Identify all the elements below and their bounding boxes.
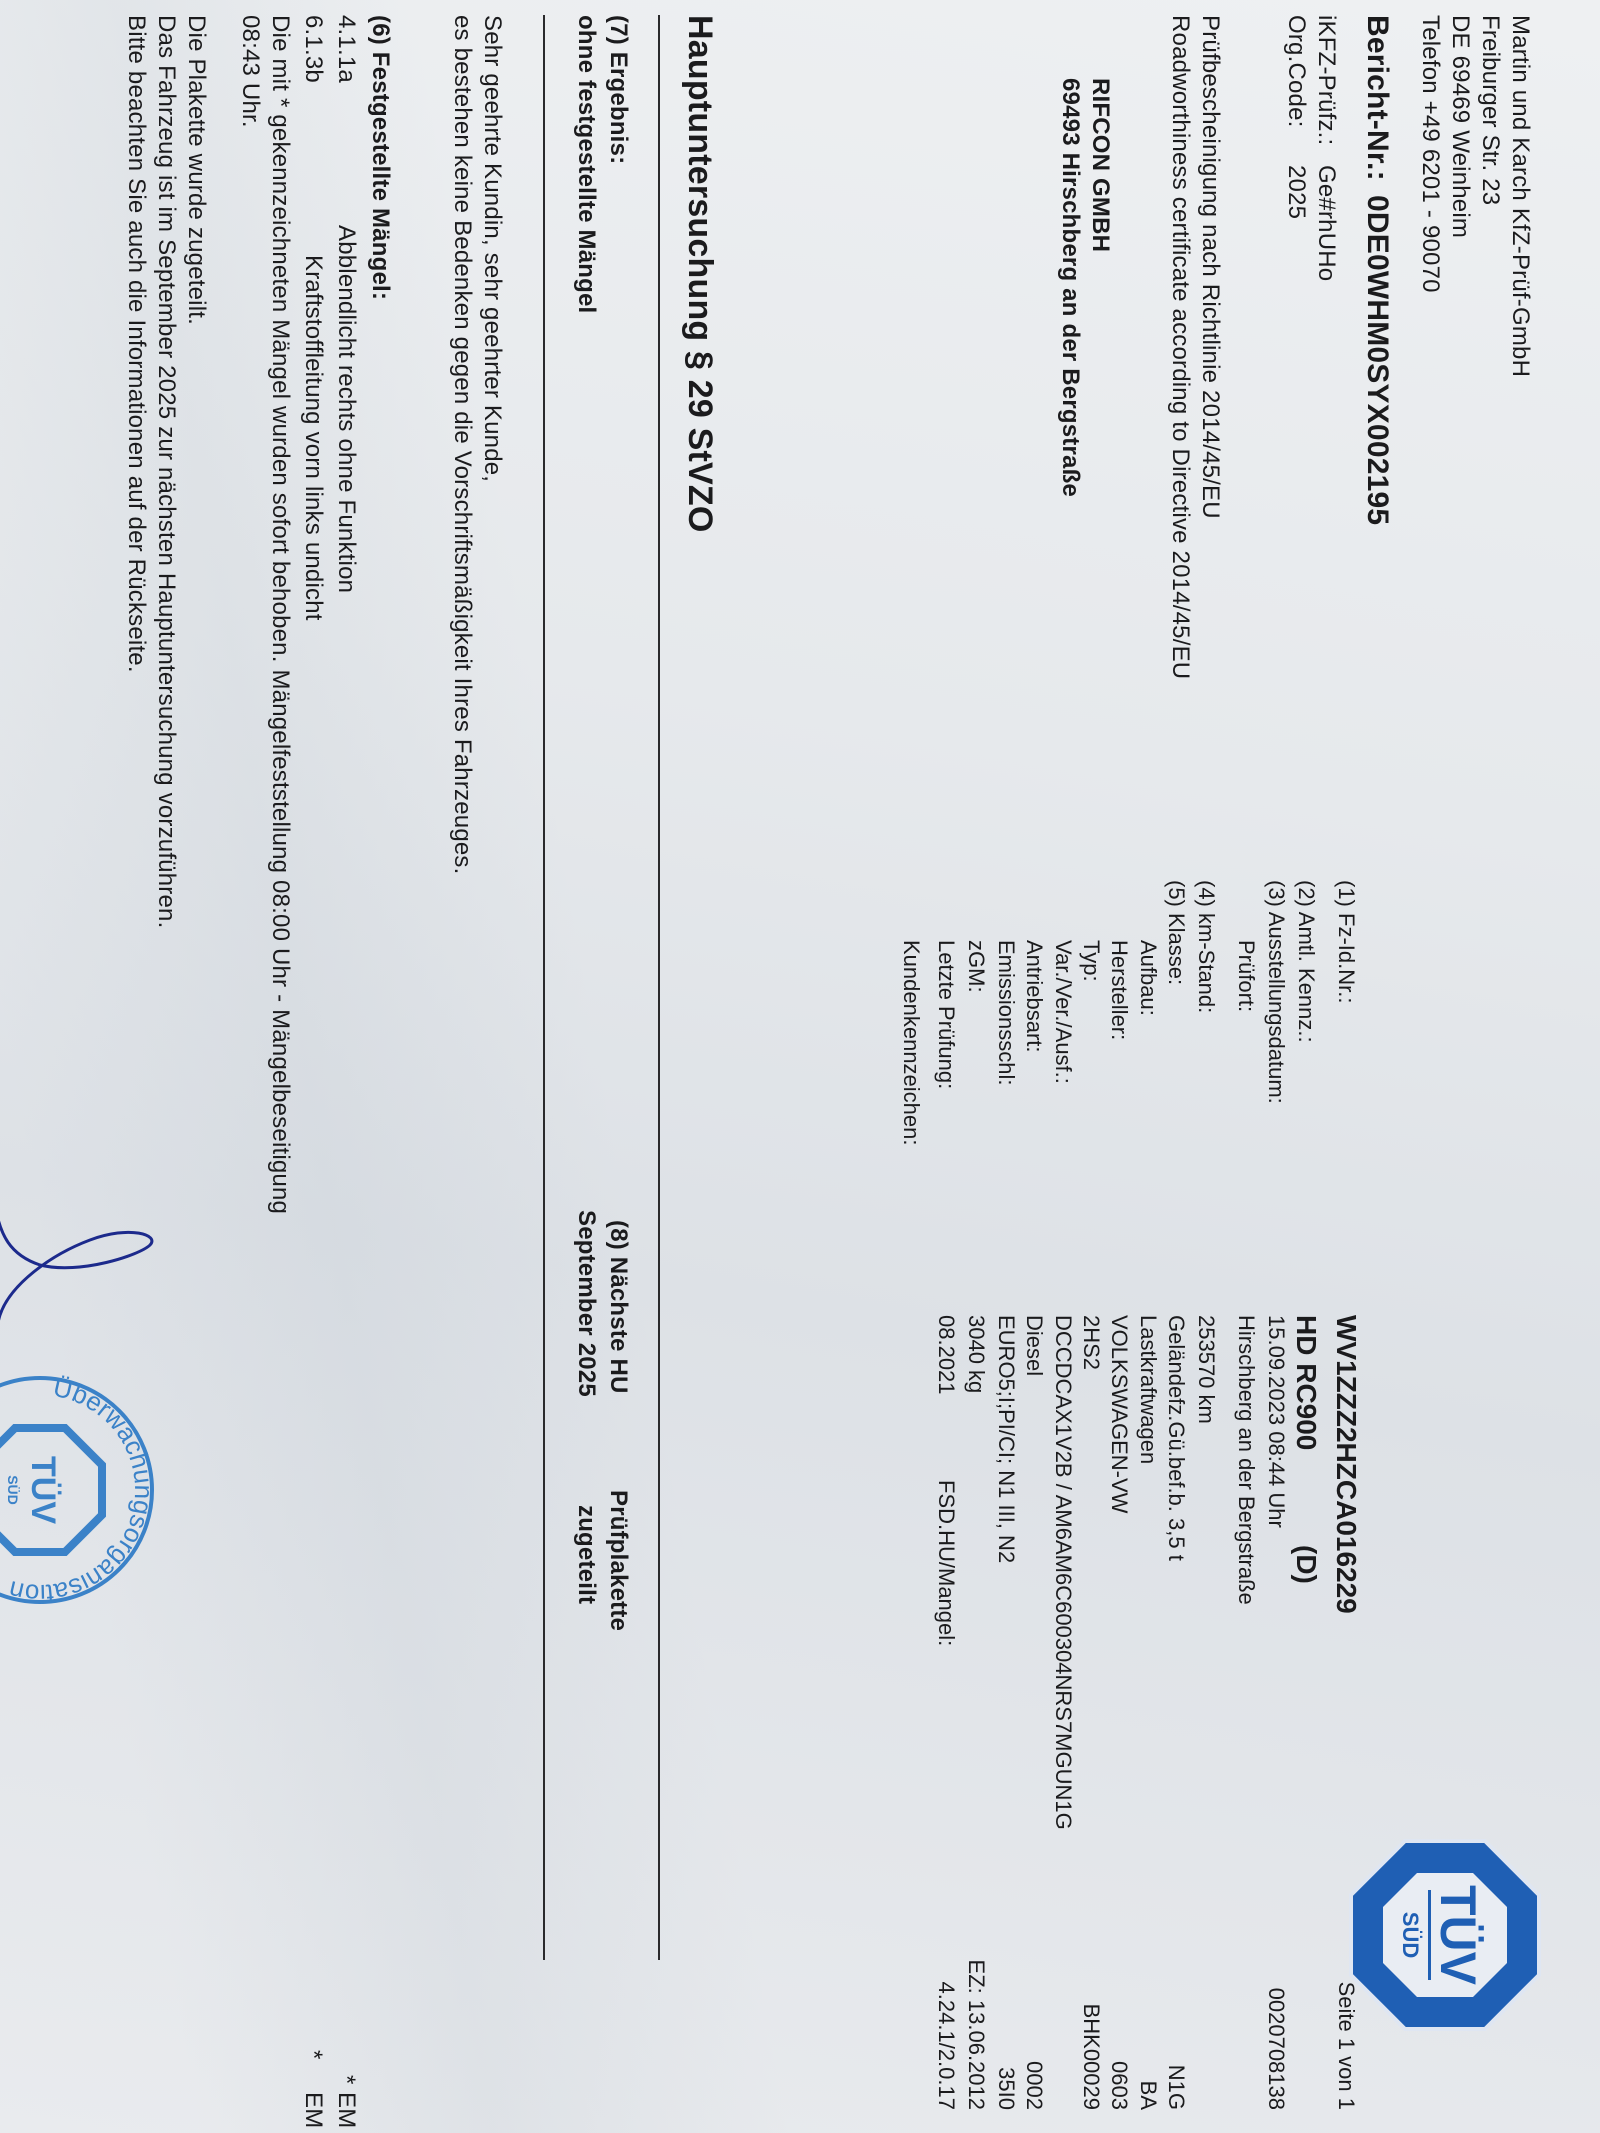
defect-class: EM (332, 2092, 360, 2128)
vehicle-field-label: Prüfort: (1232, 940, 1260, 1012)
defects-note-line-2: 08:43 Uhr. (236, 15, 264, 128)
vehicle-field-code: 0020708138 (1262, 1988, 1290, 2110)
vehicle-field-label: Antriebsart: (1020, 940, 1048, 1053)
vehicle-field-value: 3040 kg (962, 1315, 990, 1393)
result-value: ohne festgestellte Mängel (572, 15, 600, 313)
defect-mark: * (332, 2075, 360, 2085)
orgcode-label: Org.Code: (1282, 15, 1310, 128)
vehicle-field-code: N1G (1162, 2065, 1190, 2110)
badge-value: zugeteilt (572, 1505, 600, 1604)
vehicle-field-value: HD RC900 (1292, 1315, 1320, 1450)
recipient-city: 69493 Hirschberg an der Bergstraße (1056, 78, 1084, 497)
sender-phone: Telefon +49 6201 - 90070 (1416, 15, 1444, 293)
vehicle-field-label: Kundenkennzeichen: (897, 940, 925, 1146)
vehicle-field-label: (2) Amtl. Kennz.: (1292, 880, 1320, 1043)
greeting-line-1: Sehr geehrte Kundin, sehr geehrter Kunde… (478, 15, 506, 482)
defect-mark: * (299, 2050, 327, 2060)
vehicle-field-label: Var./Ver./Ausf.: (1049, 940, 1077, 1084)
defect-text: Abblendlicht rechts ohne Funktion (332, 225, 360, 593)
vehicle-field-code: 35I0 (992, 2067, 1020, 2110)
vehicle-field-value: Hirschberg an der Bergstraße (1232, 1315, 1260, 1605)
sender-street: Freiburger Str. 23 (1476, 15, 1504, 205)
vehicle-field-value: Diesel (1020, 1315, 1048, 1376)
vehicle-field-label: Aufbau: (1134, 940, 1162, 1016)
defects-title: (6) Festgestellte Mängel: (366, 15, 394, 300)
document-page: Martin und Karch KfZ-Prüf-GmbH Freiburge… (0, 0, 1600, 2133)
vehicle-field-label: Letzte Prüfung: (932, 940, 960, 1089)
defects-note-line-1: Die mit * gekennzeichneten Mängel wurden… (266, 15, 294, 1214)
recipient-name: RIFCON GMBH (1086, 78, 1114, 252)
inspection-stamp-icon: Überwachungsorganisation TÜV SÜD (0, 1370, 160, 1610)
vehicle-field-value: WV1ZZZ2HZCA016229 (1332, 1315, 1360, 1614)
defect-class: EM (299, 2092, 327, 2128)
vehicle-field-label: Emissionsschl: (992, 940, 1020, 1085)
vehicle-field-value: Lastkraftwagen (1134, 1315, 1162, 1464)
greeting-line-2: es bestehen keine Bedenken gegen die Vor… (448, 15, 476, 875)
vehicle-field-value: VOLKSWAGEN-VW (1105, 1315, 1133, 1513)
vehicle-field-label: (5) Klasse: (1162, 880, 1190, 985)
ikfz-value: Ge#rhUHo (1312, 165, 1340, 281)
sender-city: DE 69469 Weinheim (1446, 15, 1474, 238)
defect-code: 6.1.3b (299, 15, 327, 83)
orgcode-value: 2025 (1282, 165, 1310, 219)
vehicle-field-label: (3) Ausstellungsdatum: (1262, 880, 1290, 1104)
vehicle-field-extra: (D) (1292, 1545, 1320, 1584)
vehicle-field-label: Hersteller: (1105, 940, 1133, 1040)
vehicle-field-code: 4.24.1/2.0.17 (932, 1982, 960, 2110)
vehicle-field-extra: FSD.HU/Mangel: (932, 1480, 960, 1646)
footer-line-1: Die Plakette wurde zugeteilt. (182, 15, 210, 325)
signature (0, 1195, 160, 1375)
divider-top (658, 15, 660, 1960)
vehicle-field-value: EURO5;I;PI/CI; N1 III, N2 (992, 1315, 1020, 1563)
vehicle-field-label: (1) Fz-Id.Nr.: (1332, 880, 1360, 1003)
vehicle-field-value: Geländefz.Gü.bef.b. 3,5 t (1162, 1315, 1190, 1561)
svg-text:TÜV: TÜV (1430, 1885, 1486, 1986)
page-title: Hauptuntersuchung § 29 StVZO (680, 15, 720, 533)
vehicle-field-code: 0603 (1105, 2061, 1133, 2110)
ikfz-label: iKFZ-Prüfz.: (1312, 15, 1340, 145)
sender-company: Martin und Karch KfZ-Prüf-GmbH (1506, 15, 1534, 377)
report-number-label: Bericht-Nr.: (1360, 15, 1394, 181)
vehicle-field-code: BA (1134, 2081, 1162, 2110)
svg-text:SÜD: SÜD (1398, 1912, 1423, 1958)
vehicle-field-value: 2HS2 (1077, 1315, 1105, 1370)
report-number-value: 0DE0WHM0SYX002195 (1360, 195, 1394, 525)
vehicle-field-code: BHK00029 (1077, 2004, 1105, 2110)
vehicle-field-value: 08.2021 (932, 1315, 960, 1395)
svg-text:TÜV: TÜV (24, 1456, 62, 1524)
footer-line-3: Bitte beachten Sie auch die Informatione… (122, 15, 150, 673)
next-hu-value: September 2025 (572, 1210, 600, 1397)
divider-bottom (543, 15, 545, 1960)
defect-code: 4.1.1a (332, 15, 360, 83)
svg-text:SÜD: SÜD (5, 1475, 21, 1505)
vehicle-field-value: 253570 km (1192, 1315, 1220, 1424)
vehicle-field-label: zGM: (962, 940, 990, 993)
vehicle-field-value: 15.09.2023 08:44 Uhr (1262, 1315, 1290, 1528)
vehicle-field-code: EZ: 13.06.2012 (962, 1960, 990, 2110)
vehicle-field-label: Typ: (1077, 940, 1105, 982)
vehicle-field-code: 0002 (1020, 2061, 1048, 2110)
directive-line-1: Prüfbescheinigung nach Richtlinie 2014/4… (1196, 15, 1224, 519)
badge-label: Prüfplakette (604, 1490, 632, 1631)
directive-line-2: Roadworthiness certificate according to … (1166, 15, 1194, 679)
result-label: (7) Ergebnis: (604, 15, 632, 164)
next-hu-label: (8) Nächste HU (604, 1220, 632, 1394)
footer-line-2: Das Fahrzeug ist im September 2025 zur n… (152, 15, 180, 928)
defect-text: Kraftstoffleitung vorn links undicht (299, 255, 327, 621)
vehicle-field-label: (4) km-Stand: (1192, 880, 1220, 1013)
tuv-sud-logo-icon: TÜV SÜD (1345, 1835, 1545, 2035)
vehicle-field-value: DCCDCAX1V2B / AM6AM6C600304NRS7MGUN1G (1049, 1315, 1077, 1830)
